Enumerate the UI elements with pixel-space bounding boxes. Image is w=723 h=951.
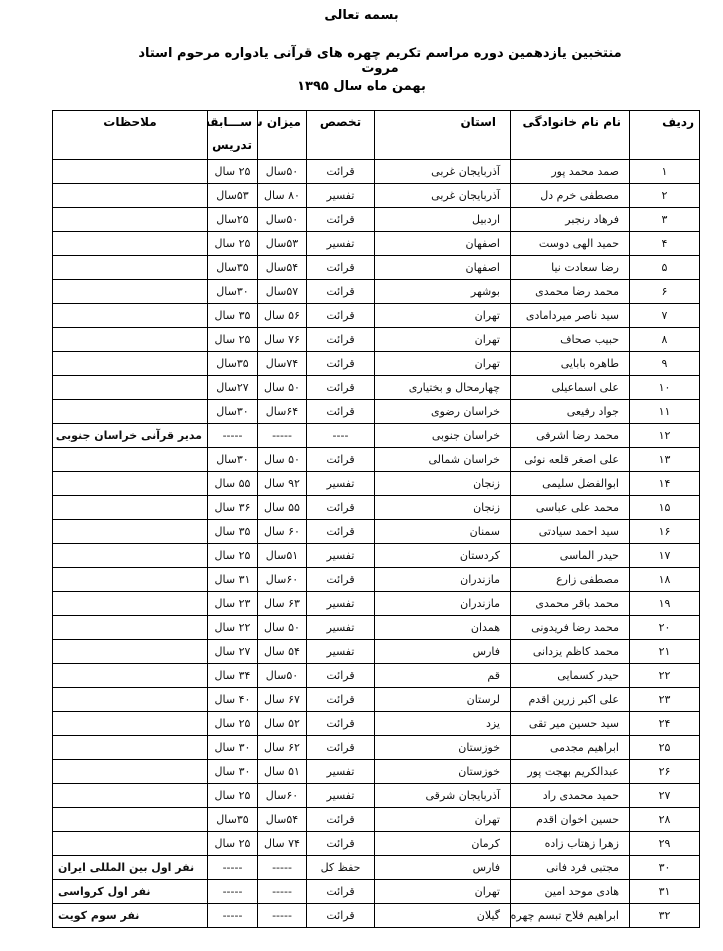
age-cell: ۶۰سال (258, 568, 307, 592)
row-number-cell: ۱۱ (630, 400, 700, 424)
age-cell: ----- (258, 856, 307, 880)
experience-cell: ۲۳ سال (208, 592, 258, 616)
specialty-cell: تفسیر (307, 640, 375, 664)
province-cell: چهارمحال و بختیاری (375, 376, 511, 400)
age-cell: ۵۲ سال (258, 712, 307, 736)
specialty-cell: حفظ کل (307, 856, 375, 880)
name-cell: رضا سعادت نیا (511, 256, 630, 280)
age-cell: ----- (258, 880, 307, 904)
experience-cell: ۲۵ سال (208, 832, 258, 856)
table-row: ۱۴ابوالفضل سلیمیزنجانتفسیر۹۲ سال۵۵ سال (53, 472, 700, 496)
age-cell: ۵۰سال (258, 664, 307, 688)
name-cell: فرهاد رنجبر (511, 208, 630, 232)
row-number-cell: ۱۳ (630, 448, 700, 472)
col-header-province: استان (375, 111, 511, 160)
row-number-cell: ۲۱ (630, 640, 700, 664)
province-cell: زنجان (375, 496, 511, 520)
name-cell: علی اصغر قلعه نوئی (511, 448, 630, 472)
province-cell: همدان (375, 616, 511, 640)
row-number-cell: ۷ (630, 304, 700, 328)
col-header-name: نام نام خانوادگی (511, 111, 630, 160)
name-cell: حمید الهی دوست (511, 232, 630, 256)
name-cell: حیدر کسمایی (511, 664, 630, 688)
specialty-cell: قرائت (307, 664, 375, 688)
remarks-cell: نفر سوم کویت (53, 904, 208, 928)
age-cell: ۵۰ سال (258, 376, 307, 400)
row-number-cell: ۹ (630, 352, 700, 376)
col-header-specialty: تخصص (307, 111, 375, 160)
table-row: ۳۰مجتبی فرد فانیفارسحفظ کل----------نفر … (53, 856, 700, 880)
row-number-cell: ۶ (630, 280, 700, 304)
remarks-cell (53, 808, 208, 832)
experience-cell: ----- (208, 880, 258, 904)
province-cell: تهران (375, 304, 511, 328)
name-cell: مصطفی زارع (511, 568, 630, 592)
province-cell: تهران (375, 328, 511, 352)
remarks-cell (53, 376, 208, 400)
province-cell: یزد (375, 712, 511, 736)
name-cell: ابراهیم فلاح تبسم چهره (511, 904, 630, 928)
experience-cell: ۲۵ سال (208, 328, 258, 352)
col-header-teaching-experience: ســـابقه تدریس (208, 111, 258, 160)
table-row: ۳۲ابراهیم فلاح تبسم چهرهگیلانقرائت------… (53, 904, 700, 928)
specialty-cell: قرائت (307, 280, 375, 304)
specialty-cell: قرائت (307, 832, 375, 856)
specialty-cell: قرائت (307, 712, 375, 736)
specialty-cell: قرائت (307, 496, 375, 520)
name-cell: محمد رضا محمدی (511, 280, 630, 304)
specialty-cell: تفسیر (307, 232, 375, 256)
age-cell: ۵۴سال (258, 256, 307, 280)
remarks-cell (53, 544, 208, 568)
age-cell: ۵۱ سال (258, 760, 307, 784)
table-row: ۷سید ناصر میردامادیتهرانقرائت۵۶ سال۳۵ سا… (53, 304, 700, 328)
province-cell: قم (375, 664, 511, 688)
table-row: ۲۸حسین اخوان اقدمتهرانقرائت۵۴سال۳۵سال (53, 808, 700, 832)
document-title: منتخبین یازدهمین دوره مراسم تکریم چهره ه… (120, 46, 640, 76)
name-cell: عبدالکریم بهجت پور (511, 760, 630, 784)
experience-cell: ۳۶ سال (208, 496, 258, 520)
document-date: بهمن ماه سال ۱۳۹۵ (0, 79, 723, 94)
row-number-cell: ۱۰ (630, 376, 700, 400)
row-number-cell: ۱۲ (630, 424, 700, 448)
remarks-cell (53, 352, 208, 376)
row-number-cell: ۱۸ (630, 568, 700, 592)
row-number-cell: ۱۷ (630, 544, 700, 568)
specialty-cell: قرائت (307, 208, 375, 232)
remarks-cell (53, 184, 208, 208)
experience-cell: ۲۵ سال (208, 160, 258, 184)
remarks-cell (53, 448, 208, 472)
province-cell: خوزستان (375, 736, 511, 760)
province-cell: مازندران (375, 568, 511, 592)
row-number-cell: ۲۰ (630, 616, 700, 640)
specialty-cell: قرائت (307, 400, 375, 424)
row-number-cell: ۲۸ (630, 808, 700, 832)
province-cell: اصفهان (375, 256, 511, 280)
specialty-cell: قرائت (307, 520, 375, 544)
remarks-cell (53, 592, 208, 616)
experience-cell: ۳۵سال (208, 808, 258, 832)
age-cell: ۸۰ سال (258, 184, 307, 208)
province-cell: اردبیل (375, 208, 511, 232)
remarks-cell: نفر اول کرواسی (53, 880, 208, 904)
table-row: ۳فرهاد رنجبراردبیلقرائت۵۰سال۲۵سال (53, 208, 700, 232)
remarks-cell (53, 472, 208, 496)
remarks-cell (53, 616, 208, 640)
specialty-cell: تفسیر (307, 616, 375, 640)
age-cell: ۵۷سال (258, 280, 307, 304)
name-cell: مجتبی فرد فانی (511, 856, 630, 880)
row-number-cell: ۲ (630, 184, 700, 208)
table-row: ۱۱جواد رفیعیخراسان رضویقرائت۶۴سال۳۰سال (53, 400, 700, 424)
province-cell: فارس (375, 640, 511, 664)
age-cell: ۷۴ سال (258, 832, 307, 856)
remarks-cell (53, 208, 208, 232)
table-header-row: ردیف نام نام خانوادگی استان تخصص میزان س… (53, 111, 700, 160)
province-cell: تهران (375, 808, 511, 832)
remarks-cell (53, 400, 208, 424)
row-number-cell: ۸ (630, 328, 700, 352)
table-row: ۲۵ابراهیم مجدمیخوزستانقرائت۶۲ سال۳۰ سال (53, 736, 700, 760)
remarks-cell (53, 496, 208, 520)
name-cell: علی اکبر زرین اقدم (511, 688, 630, 712)
remarks-cell (53, 568, 208, 592)
row-number-cell: ۲۴ (630, 712, 700, 736)
row-number-cell: ۱۴ (630, 472, 700, 496)
table-row: ۲۲حیدر کسماییقمقرائت۵۰سال۳۴ سال (53, 664, 700, 688)
specialty-cell: قرائت (307, 904, 375, 928)
remarks-cell (53, 304, 208, 328)
remarks-cell (53, 832, 208, 856)
age-cell: ۵۰ سال (258, 616, 307, 640)
specialty-cell: تفسیر (307, 544, 375, 568)
table-row: ۱۳علی اصغر قلعه نوئیخراسان شمالیقرائت۵۰ … (53, 448, 700, 472)
experience-cell: ۲۲ سال (208, 616, 258, 640)
remarks-cell (53, 760, 208, 784)
experience-cell: ----- (208, 424, 258, 448)
remarks-cell (53, 688, 208, 712)
specialty-cell: قرائت (307, 352, 375, 376)
experience-cell: ۳۰سال (208, 280, 258, 304)
name-cell: ابراهیم مجدمی (511, 736, 630, 760)
age-cell: ۵۵ سال (258, 496, 307, 520)
row-number-cell: ۵ (630, 256, 700, 280)
row-number-cell: ۱ (630, 160, 700, 184)
row-number-cell: ۳۱ (630, 880, 700, 904)
selectees-table: ردیف نام نام خانوادگی استان تخصص میزان س… (52, 110, 700, 928)
remarks-cell (53, 256, 208, 280)
age-cell: ۵۰ سال (258, 448, 307, 472)
name-cell: محمد باقر محمدی (511, 592, 630, 616)
table-row: ۹طاهره باباییتهرانقرائت۷۴سال۳۵سال (53, 352, 700, 376)
name-cell: ابوالفضل سلیمی (511, 472, 630, 496)
row-number-cell: ۲۵ (630, 736, 700, 760)
name-cell: هادی موحد امین (511, 880, 630, 904)
col-header-remarks: ملاحظات (53, 111, 208, 160)
remarks-cell (53, 520, 208, 544)
specialty-cell: تفسیر (307, 184, 375, 208)
experience-cell: ۳۰سال (208, 400, 258, 424)
name-cell: طاهره بابایی (511, 352, 630, 376)
remarks-cell (53, 160, 208, 184)
name-cell: سید ناصر میردامادی (511, 304, 630, 328)
table-row: ۱صمد محمد پورآذربایجان غربیقرائت۵۰سال۲۵ … (53, 160, 700, 184)
name-cell: حبیب صحاف (511, 328, 630, 352)
table-row: ۱۹محمد باقر محمدیمازندرانتفسیر۶۳ سال۲۳ س… (53, 592, 700, 616)
name-cell: حمید محمدی راد (511, 784, 630, 808)
remarks-cell (53, 664, 208, 688)
table-row: ۲۶عبدالکریم بهجت پورخوزستانتفسیر۵۱ سال۳۰… (53, 760, 700, 784)
name-cell: محمد رضا فریدونی (511, 616, 630, 640)
age-cell: ۶۳ سال (258, 592, 307, 616)
experience-cell: ۳۱ سال (208, 568, 258, 592)
name-cell: صمد محمد پور (511, 160, 630, 184)
province-cell: آذربایجان شرقی (375, 784, 511, 808)
remarks-cell (53, 280, 208, 304)
experience-cell: ۲۵سال (208, 208, 258, 232)
province-cell: خراسان جنوبی (375, 424, 511, 448)
table-row: ۲۴سید حسین میر تقییزدقرائت۵۲ سال۲۵ سال (53, 712, 700, 736)
table-row: ۲مصطفی خرم دلآذربایجان غربیتفسیر۸۰ سال۵۳… (53, 184, 700, 208)
table-row: ۱۶سید احمد سیادتیسمنانقرائت۶۰ سال۳۵ سال (53, 520, 700, 544)
specialty-cell: قرائت (307, 160, 375, 184)
province-cell: سمنان (375, 520, 511, 544)
col-header-age: میزان سن (258, 111, 307, 160)
row-number-cell: ۲۹ (630, 832, 700, 856)
province-cell: خراسان شمالی (375, 448, 511, 472)
age-cell: ۵۴ سال (258, 640, 307, 664)
age-cell: ۵۶ سال (258, 304, 307, 328)
name-cell: زهرا زهتاب زاده (511, 832, 630, 856)
col-header-row-number: ردیف (630, 111, 700, 160)
experience-cell: ۳۵ سال (208, 520, 258, 544)
specialty-cell: قرائت (307, 376, 375, 400)
experience-cell: ۲۵ سال (208, 544, 258, 568)
table-row: ۸حبیب صحافتهرانقرائت۷۶ سال۲۵ سال (53, 328, 700, 352)
age-cell: ۶۷ سال (258, 688, 307, 712)
table-row: ۱۵محمد علی عباسیزنجانقرائت۵۵ سال۳۶ سال (53, 496, 700, 520)
row-number-cell: ۲۶ (630, 760, 700, 784)
experience-cell: ----- (208, 856, 258, 880)
remarks-cell (53, 712, 208, 736)
province-cell: تهران (375, 880, 511, 904)
name-cell: سید احمد سیادتی (511, 520, 630, 544)
province-cell: آذربایجان غربی (375, 160, 511, 184)
experience-cell: ----- (208, 904, 258, 928)
document-heading-bismillah: بسمه تعالی (0, 8, 723, 23)
name-cell: حسین اخوان اقدم (511, 808, 630, 832)
age-cell: ۵۰سال (258, 160, 307, 184)
province-cell: خوزستان (375, 760, 511, 784)
specialty-cell: قرائت (307, 808, 375, 832)
row-number-cell: ۱۹ (630, 592, 700, 616)
experience-cell: ۳۰سال (208, 448, 258, 472)
name-cell: حیدر الماسی (511, 544, 630, 568)
name-cell: محمد رضا اشرفی (511, 424, 630, 448)
age-cell: ----- (258, 904, 307, 928)
row-number-cell: ۲۷ (630, 784, 700, 808)
experience-cell: ۵۵ سال (208, 472, 258, 496)
specialty-cell: قرائت (307, 880, 375, 904)
specialty-cell: قرائت (307, 256, 375, 280)
remarks-cell: نفر اول بین المللی ایران (53, 856, 208, 880)
row-number-cell: ۱۶ (630, 520, 700, 544)
row-number-cell: ۳۰ (630, 856, 700, 880)
province-cell: لرستان (375, 688, 511, 712)
remarks-cell (53, 328, 208, 352)
experience-cell: ۳۴ سال (208, 664, 258, 688)
name-cell: جواد رفیعی (511, 400, 630, 424)
table-body: ۱صمد محمد پورآذربایجان غربیقرائت۵۰سال۲۵ … (53, 160, 700, 928)
specialty-cell: تفسیر (307, 592, 375, 616)
specialty-cell: قرائت (307, 688, 375, 712)
table-row: ۲۷حمید محمدی رادآذربایجان شرقیتفسیر۶۰سال… (53, 784, 700, 808)
experience-cell: ۲۷ سال (208, 640, 258, 664)
age-cell: ۵۴سال (258, 808, 307, 832)
age-cell: ۶۰سال (258, 784, 307, 808)
table-row: ۱۲محمد رضا اشرفیخراسان جنوبی------------… (53, 424, 700, 448)
experience-cell: ۲۵ سال (208, 784, 258, 808)
specialty-cell: قرائت (307, 736, 375, 760)
age-cell: ----- (258, 424, 307, 448)
experience-cell: ۳۰ سال (208, 736, 258, 760)
province-cell: بوشهر (375, 280, 511, 304)
table-row: ۱۸مصطفی زارعمازندرانقرائت۶۰سال۳۱ سال (53, 568, 700, 592)
remarks-cell (53, 232, 208, 256)
table-row: ۳۱هادی موحد امینتهرانقرائت----------نفر … (53, 880, 700, 904)
specialty-cell: قرائت (307, 568, 375, 592)
experience-cell: ۵۳سال (208, 184, 258, 208)
name-cell: محمد کاظم یزدانی (511, 640, 630, 664)
specialty-cell: تفسیر (307, 472, 375, 496)
table-row: ۴حمید الهی دوستاصفهانتفسیر۵۳سال۲۵ سال (53, 232, 700, 256)
table-row: ۲۳علی اکبر زرین اقدملرستانقرائت۶۷ سال۴۰ … (53, 688, 700, 712)
specialty-cell: قرائت (307, 448, 375, 472)
age-cell: ۹۲ سال (258, 472, 307, 496)
experience-cell: ۳۵ سال (208, 304, 258, 328)
specialty-cell: تفسیر (307, 760, 375, 784)
remarks-cell (53, 736, 208, 760)
specialty-cell: ---- (307, 424, 375, 448)
province-cell: کرمان (375, 832, 511, 856)
province-cell: اصفهان (375, 232, 511, 256)
age-cell: ۵۱سال (258, 544, 307, 568)
table-row: ۲۱محمد کاظم یزدانیفارستفسیر۵۴ سال۲۷ سال (53, 640, 700, 664)
row-number-cell: ۲۲ (630, 664, 700, 688)
province-cell: آذربایجان غربی (375, 184, 511, 208)
row-number-cell: ۳ (630, 208, 700, 232)
experience-cell: ۲۵ سال (208, 232, 258, 256)
experience-cell: ۳۰ سال (208, 760, 258, 784)
table-row: ۱۰علی اسماعیلیچهارمحال و بختیاریقرائت۵۰ … (53, 376, 700, 400)
province-cell: فارس (375, 856, 511, 880)
name-cell: محمد علی عباسی (511, 496, 630, 520)
name-cell: علی اسماعیلی (511, 376, 630, 400)
row-number-cell: ۱۵ (630, 496, 700, 520)
name-cell: مصطفی خرم دل (511, 184, 630, 208)
specialty-cell: تفسیر (307, 784, 375, 808)
name-cell: سید حسین میر تقی (511, 712, 630, 736)
province-cell: تهران (375, 352, 511, 376)
experience-cell: ۳۵سال (208, 352, 258, 376)
experience-cell: ۲۷سال (208, 376, 258, 400)
row-number-cell: ۳۲ (630, 904, 700, 928)
experience-cell: ۲۵ سال (208, 712, 258, 736)
table-row: ۲۹زهرا زهتاب زادهکرمانقرائت۷۴ سال۲۵ سال (53, 832, 700, 856)
province-cell: مازندران (375, 592, 511, 616)
remarks-cell: مدیر قرآنی خراسان جنوبی (53, 424, 208, 448)
table-row: ۱۷حیدر الماسیکردستانتفسیر۵۱سال۲۵ سال (53, 544, 700, 568)
age-cell: ۶۲ سال (258, 736, 307, 760)
experience-cell: ۴۰ سال (208, 688, 258, 712)
province-cell: خراسان رضوی (375, 400, 511, 424)
specialty-cell: قرائت (307, 304, 375, 328)
age-cell: ۶۴سال (258, 400, 307, 424)
specialty-cell: قرائت (307, 328, 375, 352)
age-cell: ۵۳سال (258, 232, 307, 256)
table-row: ۲۰محمد رضا فریدونیهمدانتفسیر۵۰ سال۲۲ سال (53, 616, 700, 640)
age-cell: ۶۰ سال (258, 520, 307, 544)
row-number-cell: ۴ (630, 232, 700, 256)
province-cell: زنجان (375, 472, 511, 496)
remarks-cell (53, 640, 208, 664)
table-row: ۶محمد رضا محمدیبوشهرقرائت۵۷سال۳۰سال (53, 280, 700, 304)
province-cell: کردستان (375, 544, 511, 568)
row-number-cell: ۲۳ (630, 688, 700, 712)
age-cell: ۵۰سال (258, 208, 307, 232)
age-cell: ۷۴سال (258, 352, 307, 376)
province-cell: گیلان (375, 904, 511, 928)
age-cell: ۷۶ سال (258, 328, 307, 352)
remarks-cell (53, 784, 208, 808)
table-row: ۵رضا سعادت نیااصفهانقرائت۵۴سال۳۵سال (53, 256, 700, 280)
experience-cell: ۳۵سال (208, 256, 258, 280)
